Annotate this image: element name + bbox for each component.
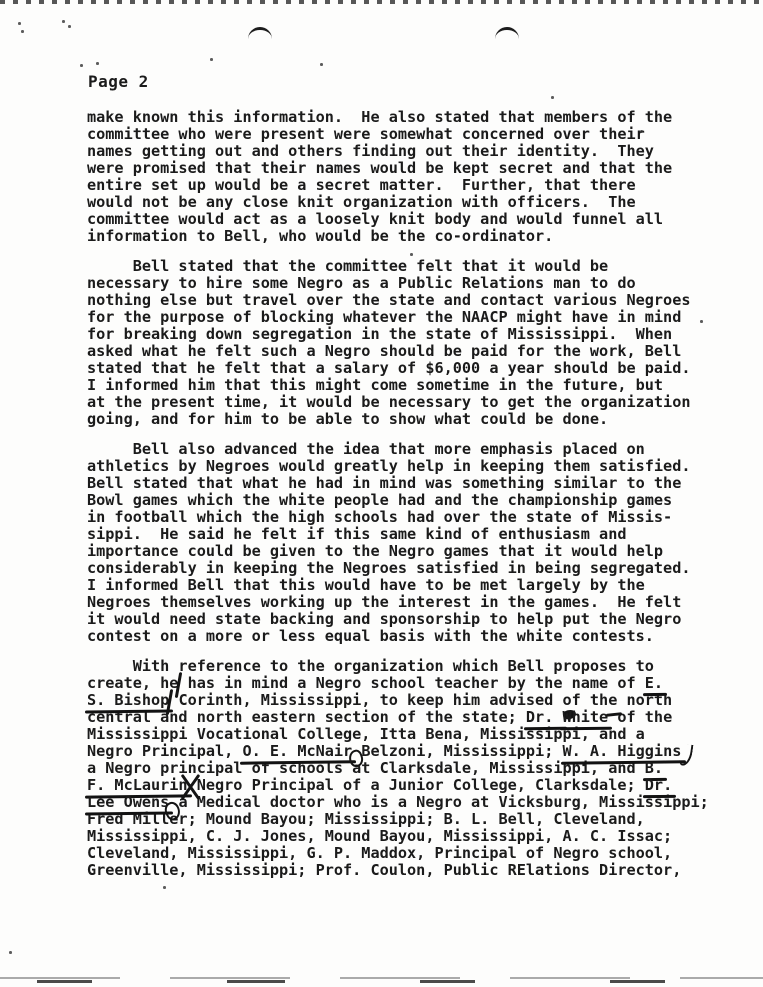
text-line: Bell stated that the committee felt that… [87, 258, 747, 275]
scan-speck [18, 22, 21, 25]
text-segment: committee would act as a loosely knit bo… [87, 210, 663, 228]
text-line: nothing else but travel over the state a… [87, 292, 747, 309]
underlined-name: Lee Owens [87, 793, 169, 811]
text-segment: Corinth, Mississippi, to keep him advise… [169, 691, 672, 709]
text-segment: necessary to hire some Negro as a Public… [87, 274, 636, 292]
text-segment: Negro Principal of a Junior College, Cla… [188, 776, 645, 794]
text-line: entire set up would be a secret matter. … [87, 177, 747, 194]
text-line: I informed him that this might come some… [87, 377, 747, 394]
text-line: a Negro principal of schools at Clarksda… [87, 760, 747, 777]
text-segment: for the purpose of blocking whatever the… [87, 308, 681, 326]
scan-speck [21, 30, 24, 33]
text-segment: at the present time, it would be necessa… [87, 393, 690, 411]
text-line: committee who were present were somewhat… [87, 126, 747, 143]
text-segment: Cleveland, Mississippi, G. P. Maddox, Pr… [87, 844, 672, 862]
text-segment: Mississippi, C. J. Jones, Mound Bayou, M… [87, 827, 672, 845]
paragraph: With reference to the organization which… [87, 658, 747, 879]
text-segment: considerably in keeping the Negroes sati… [87, 559, 690, 577]
scan-speck [700, 320, 703, 323]
scan-speck [68, 25, 71, 28]
scan-speck [96, 62, 99, 65]
text-segment: contest on a more or less equal basis wi… [87, 627, 654, 645]
text-segment: Negroes themselves working up the intere… [87, 593, 681, 611]
text-line: Negroes themselves working up the intere… [87, 594, 747, 611]
scan-speck [410, 253, 413, 256]
text-segment: nothing else but travel over the state a… [87, 291, 690, 309]
text-line: asked what he felt such a Negro should b… [87, 343, 747, 360]
text-segment: Bowl games which the white people had an… [87, 491, 672, 509]
text-line: Cleveland, Mississippi, G. P. Maddox, Pr… [87, 845, 747, 862]
text-segment: in football which the high schools had o… [87, 508, 672, 526]
text-segment: for breaking down segregation in the sta… [87, 325, 672, 343]
scan-speck [80, 64, 83, 67]
underlined-name: E. [645, 674, 663, 692]
underlined-name: B. [645, 759, 663, 777]
underlined-name: O. E. McNair [242, 742, 352, 760]
text-line: With reference to the organization which… [87, 658, 747, 675]
text-line: Fred Miller; Mound Bayou; Mississippi; B… [87, 811, 747, 828]
text-segment: Greenville, Mississippi; Prof. Coulon, P… [87, 861, 681, 879]
text-line: importance could be given to the Negro g… [87, 543, 747, 560]
page-number-label: Page 2 [88, 72, 149, 91]
text-segment: athletics by Negroes would greatly help … [87, 457, 690, 475]
text-segment: importance could be given to the Negro g… [87, 542, 663, 560]
text-segment: Bell stated that the committee felt that… [87, 257, 608, 275]
text-line: contest on a more or less equal basis wi… [87, 628, 747, 645]
scan-artifact-bottom-dark [0, 980, 763, 983]
text-segment: were promised that their names would be … [87, 159, 672, 177]
text-line: Mississippi Vocational College, Itta Ben… [87, 726, 747, 743]
text-segment: I informed him that this might come some… [87, 376, 663, 394]
document-body: make known this information. He also sta… [87, 109, 747, 892]
scan-perforation-top [0, 0, 763, 4]
text-segment: make known this information. He also sta… [87, 108, 672, 126]
text-segment: entire set up would be a secret matter. … [87, 176, 636, 194]
text-line: athletics by Negroes would greatly help … [87, 458, 747, 475]
scan-artifact-bottom [0, 977, 763, 979]
text-line: make known this information. He also sta… [87, 109, 747, 126]
text-line: create, he has in mind a Negro school te… [87, 675, 747, 692]
text-line: information to Bell, who would be the co… [87, 228, 747, 245]
text-line: Negro Principal, O. E. McNair Belzoni, M… [87, 743, 747, 760]
text-line: for the purpose of blocking whatever the… [87, 309, 747, 326]
text-segment: asked what he felt such a Negro should b… [87, 342, 681, 360]
text-segment: Negro Principal, [87, 742, 242, 760]
scan-speck [62, 20, 65, 23]
text-segment: a Medical doctor who is a Negro at Vicks… [169, 793, 708, 811]
text-segment: Belzoni, Mississippi; [352, 742, 562, 760]
text-segment: I informed Bell that this would have to … [87, 576, 645, 594]
text-segment: information to Bell, who would be the co… [87, 227, 553, 245]
text-line: were promised that their names would be … [87, 160, 747, 177]
underlined-name: Dr. [645, 776, 672, 794]
underlined-name: S. Bishop [87, 691, 169, 709]
text-segment: committee who were present were somewhat… [87, 125, 645, 143]
text-line: at the present time, it would be necessa… [87, 394, 747, 411]
text-line: Bowl games which the white people had an… [87, 492, 747, 509]
scan-speck [9, 951, 12, 954]
underlined-name: W. A. Higgins [563, 742, 682, 760]
text-segment: With reference to the organization which… [87, 657, 654, 675]
text-line: central and north eastern section of the… [87, 709, 747, 726]
text-segment: it would need state backing and sponsors… [87, 610, 681, 628]
text-segment: sippi. He said he felt if this same kind… [87, 525, 626, 543]
text-segment: names getting out and others finding out… [87, 142, 654, 160]
underlined-name: White [562, 708, 608, 726]
paragraph: Bell also advanced the idea that more em… [87, 441, 747, 645]
underlined-name: F. McLaurin [87, 776, 188, 794]
scan-speck [640, 130, 643, 133]
text-line: would not be any close knit organization… [87, 194, 747, 211]
text-segment: has in mind a Negro school teacher by th… [178, 674, 644, 692]
text-segment: of the [608, 708, 672, 726]
text-segment: Bell stated that what he had in mind was… [87, 474, 681, 492]
pen-arc-mark [248, 27, 272, 39]
text-segment: stated that he felt that a salary of $6,… [87, 359, 690, 377]
text-line: I informed Bell that this would have to … [87, 577, 747, 594]
scan-speck [320, 63, 323, 66]
text-line: necessary to hire some Negro as a Public… [87, 275, 747, 292]
paragraph: make known this information. He also sta… [87, 109, 747, 245]
text-line: sippi. He said he felt if this same kind… [87, 526, 747, 543]
text-line: going, and for him to be able to show wh… [87, 411, 747, 428]
underlined-name: Dr. [526, 708, 563, 726]
text-segment: Bell also advanced the idea that more em… [87, 440, 645, 458]
text-line: Mississippi, C. J. Jones, Mound Bayou, M… [87, 828, 747, 845]
text-line: names getting out and others finding out… [87, 143, 747, 160]
text-line: Bell stated that what he had in mind was… [87, 475, 747, 492]
text-segment: going, and for him to be able to show wh… [87, 410, 608, 428]
text-line: stated that he felt that a salary of $6,… [87, 360, 747, 377]
scan-speck [163, 886, 166, 889]
text-line: committee would act as a loosely knit bo… [87, 211, 747, 228]
pen-arc-mark [495, 27, 519, 39]
text-line: Bell also advanced the idea that more em… [87, 441, 747, 458]
scan-speck [551, 96, 554, 99]
text-line: for breaking down segregation in the sta… [87, 326, 747, 343]
text-line: in football which the high schools had o… [87, 509, 747, 526]
paragraph: Bell stated that the committee felt that… [87, 258, 747, 428]
scan-speck [210, 58, 213, 61]
text-line: it would need state backing and sponsors… [87, 611, 747, 628]
text-line: Greenville, Mississippi; Prof. Coulon, P… [87, 862, 747, 879]
text-line: considerably in keeping the Negroes sati… [87, 560, 747, 577]
text-line: F. McLaurin Negro Principal of a Junior … [87, 777, 747, 794]
text-segment: create, he [87, 674, 178, 692]
text-segment: would not be any close knit organization… [87, 193, 636, 211]
